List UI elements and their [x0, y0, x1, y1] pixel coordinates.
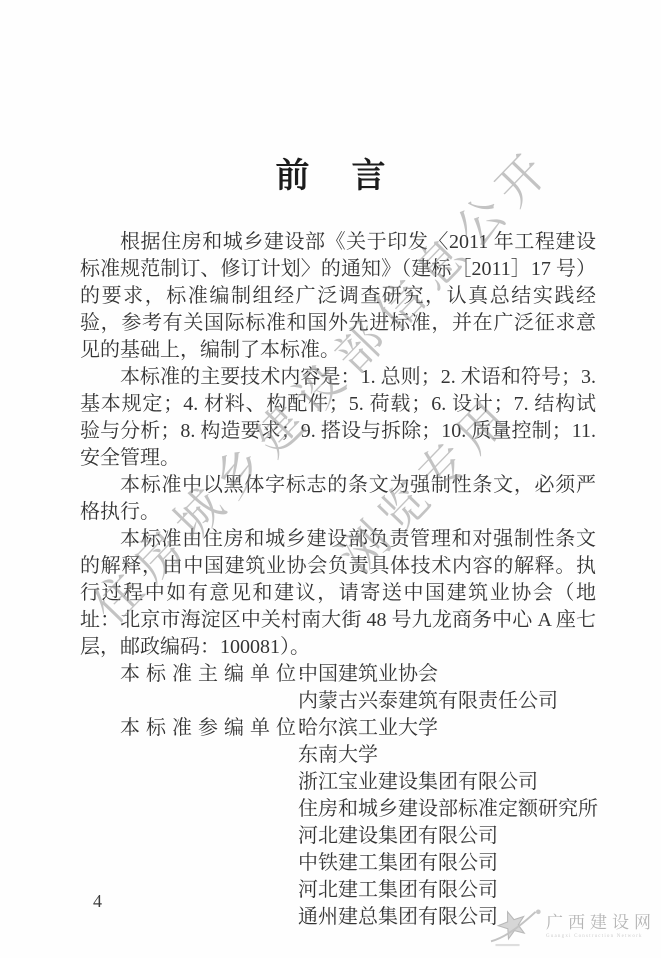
editor-unit-row: 河北建设集团有限公司 [120, 823, 596, 850]
editor-row-label: 本 标 准 主 编 单 位： [120, 661, 298, 688]
editor-unit-row: 东南大学 [120, 742, 596, 769]
site-logo-tagline: Guangxi Construction Network [546, 933, 643, 940]
page-number: 4 [93, 891, 102, 912]
editor-row-unit: 通州建总集团有限公司 [298, 904, 498, 931]
editor-row-unit: 住房和城乡建设部标准定额研究所 [298, 796, 598, 823]
editor-row-unit: 河北建设集团有限公司 [298, 823, 498, 850]
editor-unit-row: 本 标 准 参 编 单 位：哈尔滨工业大学 [120, 715, 596, 742]
star-swoosh-icon [489, 902, 543, 952]
preface-title-char-1: 前 [276, 160, 310, 194]
editor-unit-row: 内蒙古兴泰建筑有限责任公司 [120, 688, 596, 715]
site-logo-name: 广西建设网 [546, 914, 656, 933]
editor-row-unit: 东南大学 [298, 742, 378, 769]
editor-unit-row: 本 标 准 主 编 单 位：中国建筑业协会 [120, 661, 596, 688]
site-logo: 广西建设网 Guangxi Construction Network [489, 902, 656, 952]
paragraph-administration: 本标准由住房和城乡建设部负责管理和对强制性条文的解释，由中国建筑业协会负责具体技… [80, 526, 596, 661]
editor-row-unit: 哈尔滨工业大学 [298, 715, 438, 742]
editor-row-unit: 中国建筑业协会 [298, 661, 438, 688]
preface-body: 根据住房和城乡建设部《关于印发〈2011 年工程建设标准规范制订、修订计划〉的通… [80, 229, 596, 931]
editor-unit-row: 河北建工集团有限公司 [120, 877, 596, 904]
editor-units-list: 本 标 准 主 编 单 位：中国建筑业协会 内蒙古兴泰建筑有限责任公司 本 标 … [120, 661, 596, 931]
preface-title-char-2: 言 [352, 160, 386, 194]
document-page: 住房城乡建设部信息公开 浏览专用 前 言 根据住房和城乡建设部《关于印发〈201… [0, 0, 661, 958]
editor-unit-row: 住房和城乡建设部标准定额研究所 [120, 796, 596, 823]
editor-row-label: 本 标 准 参 编 单 位： [120, 715, 298, 742]
editor-row-unit: 河北建工集团有限公司 [298, 877, 498, 904]
editor-row-unit: 内蒙古兴泰建筑有限责任公司 [298, 688, 558, 715]
editor-unit-row: 浙江宝业建设集团有限公司 [120, 769, 596, 796]
paragraph-basis: 根据住房和城乡建设部《关于印发〈2011 年工程建设标准规范制订、修订计划〉的通… [80, 229, 596, 364]
preface-title: 前 言 [0, 160, 661, 194]
paragraph-contents: 本标准的主要技术内容是：1. 总则；2. 术语和符号；3. 基本规定；4. 材料… [80, 364, 596, 472]
editor-row-unit: 浙江宝业建设集团有限公司 [298, 769, 538, 796]
editor-unit-row: 中铁建工集团有限公司 [120, 850, 596, 877]
paragraph-mandatory-clauses: 本标准中以黑体字标志的条文为强制性条文，必须严格执行。 [80, 472, 596, 526]
editor-row-unit: 中铁建工集团有限公司 [298, 850, 498, 877]
